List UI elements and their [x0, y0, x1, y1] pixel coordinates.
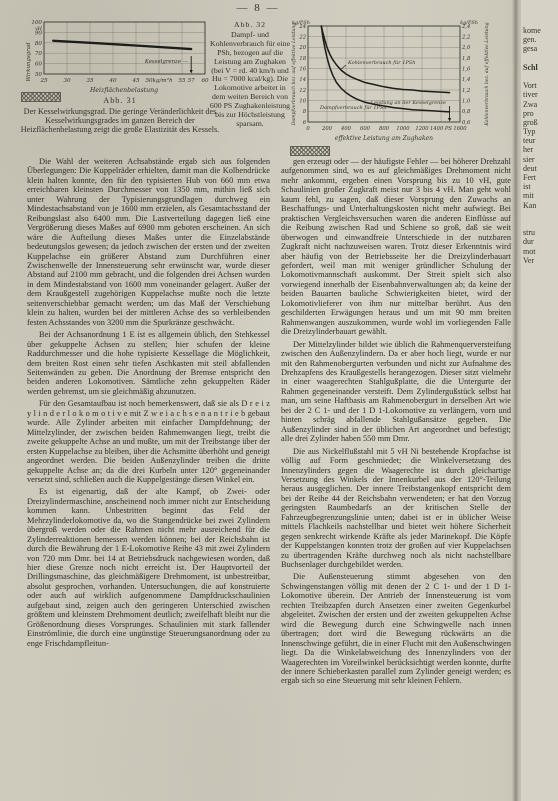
- paragraph: Der Mittelzylinder bildet wie üblich die…: [281, 340, 511, 444]
- svg-text:35: 35: [86, 78, 94, 84]
- fig31-caption: Abb. 31 Der Kesselwirkungsgrad. Die geri…: [20, 96, 220, 134]
- svg-text:70: 70: [35, 51, 43, 57]
- svg-text:Leistung an der Kesselgrenze: Leistung an der Kesselgrenze: [370, 100, 446, 106]
- next-page-fragment: Typ: [523, 127, 541, 136]
- svg-text:0,6: 0,6: [462, 120, 471, 126]
- paragraph: Die Außensteuerung stimmt abgesehen von …: [281, 572, 511, 685]
- svg-text:400: 400: [340, 126, 352, 132]
- body-column-right: gen erzeugt oder — der häufigste Fehler …: [281, 157, 511, 762]
- next-page-fragment: Ver: [523, 256, 541, 265]
- svg-text:40: 40: [108, 78, 117, 84]
- svg-text:12: 12: [299, 88, 306, 94]
- svg-text:Wirkungsgrad: Wirkungsgrad: [26, 42, 32, 81]
- fig32-caption-text: Dampf- und Kohlenverbrauch für eine PSh,…: [209, 31, 291, 129]
- next-page-fragment: [523, 210, 541, 219]
- svg-text:20: 20: [298, 45, 306, 51]
- svg-text:1,0: 1,0: [462, 98, 471, 104]
- next-page-fragment: teur: [523, 136, 541, 145]
- next-page-text-fragments: komegen.gesaSchlVorttiverZwaprogroßTypte…: [523, 26, 541, 265]
- svg-text:8: 8: [303, 109, 307, 115]
- svg-text:1000: 1000: [396, 126, 410, 132]
- svg-text:Heizflächenbelastung: Heizflächenbelastung: [89, 87, 158, 94]
- body-column-left: Die Wahl der weiteren Achsabstände ergab…: [27, 157, 270, 762]
- svg-text:6: 6: [303, 120, 307, 126]
- svg-text:10: 10: [299, 98, 306, 104]
- next-page-fragment: deut: [523, 164, 541, 173]
- next-page-fragment: mit: [523, 191, 541, 200]
- fig31-caption-title: Abb. 31: [20, 96, 220, 105]
- next-page-fragment: Fert: [523, 173, 541, 182]
- svg-text:1400 PS: 1400 PS: [430, 126, 452, 132]
- svg-text:60: 60: [201, 78, 209, 84]
- next-page-fragment: gen.: [523, 35, 541, 44]
- dampf-kohlenverbrauch-chart: 2422201816141210862,42,22,01,81,61,41,21…: [290, 18, 492, 160]
- svg-text:100: 100: [31, 20, 42, 26]
- next-page-fragment: groß: [523, 118, 541, 127]
- svg-text:0: 0: [306, 126, 310, 132]
- page-number: — 8 —: [0, 2, 516, 14]
- kesselwirkungsgrad-chart: 1009080706050vH253035404550kg/m²h555760H…: [24, 16, 212, 96]
- paragraph: Die Wahl der weiteren Achsabstände ergab…: [27, 157, 270, 327]
- svg-text:30: 30: [63, 78, 71, 84]
- next-page-fragment: gesa: [523, 44, 541, 53]
- archive-stamp-icon: [290, 146, 330, 156]
- paragraph: Für den Gesamtaufbau ist noch bemerkensw…: [27, 399, 270, 484]
- next-page-fragment: tiver: [523, 90, 541, 99]
- fig32-caption-title: Abb. 32: [209, 21, 291, 30]
- svg-text:45: 45: [131, 78, 140, 84]
- svg-text:effektive Leistung am Zughaken: effektive Leistung am Zughaken: [335, 135, 433, 142]
- next-page-fragment: Vort: [523, 81, 541, 90]
- fig32-caption: Abb. 32 Dampf- und Kohlenverbrauch für e…: [209, 21, 291, 129]
- svg-text:2,2: 2,2: [461, 34, 470, 40]
- svg-text:16: 16: [299, 66, 306, 72]
- next-page-fragment: sier: [523, 155, 541, 164]
- svg-text:60: 60: [35, 62, 43, 68]
- fig31-caption-text: Der Kesselwirkungsgrad. Die geringe Verä…: [20, 107, 220, 134]
- svg-text:600: 600: [360, 126, 371, 132]
- svg-text:1,6: 1,6: [462, 66, 471, 72]
- svg-text:50kg/m²h: 50kg/m²h: [145, 77, 173, 84]
- next-page-fragment: her: [523, 145, 541, 154]
- svg-text:200: 200: [321, 126, 333, 132]
- next-page-fragment: [523, 219, 541, 228]
- svg-text:Kohlenverbrauch für 1PSh: Kohlenverbrauch für 1PSh: [347, 60, 415, 66]
- svg-text:25: 25: [39, 78, 48, 84]
- next-page-fragment: stru: [523, 228, 541, 237]
- paragraph: Die aus Nickelflußstahl mit 5 vH Ni best…: [281, 447, 511, 570]
- svg-text:kg/PSh: kg/PSh: [460, 20, 478, 26]
- svg-text:18: 18: [299, 56, 306, 62]
- svg-text:1,8: 1,8: [462, 56, 471, 62]
- next-page-fragment: Zwa: [523, 100, 541, 109]
- svg-text:1,2: 1,2: [462, 88, 470, 94]
- next-page-fragment: [523, 72, 541, 81]
- next-page-fragment: kome: [523, 26, 541, 35]
- next-page-fragment: ist: [523, 182, 541, 191]
- svg-text:22: 22: [298, 34, 306, 40]
- svg-text:0,8: 0,8: [462, 109, 471, 115]
- svg-text:1200: 1200: [415, 126, 429, 132]
- paragraph: gen erzeugt oder — der häufigste Fehler …: [281, 157, 511, 337]
- svg-text:14: 14: [299, 77, 306, 83]
- paragraph: Bei der Achsanordnung 1 E ist es allgeme…: [27, 330, 270, 396]
- consumption-figure: 2422201816141210862,42,22,01,81,61,41,21…: [290, 18, 492, 165]
- svg-text:vH: vH: [35, 26, 43, 32]
- scanned-book-page: — 8 — 1009080706050vH253035404550kg/m²h5…: [0, 0, 558, 801]
- svg-text:800: 800: [379, 126, 390, 132]
- svg-text:2,0: 2,0: [461, 45, 471, 51]
- svg-text:Kesselgrenze —: Kesselgrenze —: [144, 59, 189, 65]
- next-page-edge: komegen.gesaSchlVorttiverZwaprogroßTypte…: [521, 0, 558, 801]
- next-page-fragment: Kan: [523, 201, 541, 210]
- next-page-fragment: pro: [523, 109, 541, 118]
- boiler-efficiency-figure: 1009080706050vH253035404550kg/m²h555760H…: [24, 16, 212, 101]
- paragraph: Es ist eigenartig, daß der alte Kampf, o…: [27, 487, 270, 648]
- next-page-fragment: [523, 54, 541, 63]
- next-page-fragment: mot: [523, 247, 541, 256]
- svg-text:Kohlenverbrauch bez. auf effek: Kohlenverbrauch bez. auf effektive Leist…: [484, 22, 490, 126]
- svg-text:80: 80: [35, 41, 43, 47]
- svg-text:1,4: 1,4: [462, 77, 470, 83]
- svg-text:Dampfverbrauch bez. auf effekt: Dampfverbrauch bez. auf effektive Leistu…: [291, 23, 297, 127]
- page-fold-crease: [512, 0, 521, 801]
- next-page-fragment: dur: [523, 237, 541, 246]
- next-page-fragment: Schl: [523, 63, 541, 72]
- svg-text:1600: 1600: [453, 126, 467, 132]
- svg-text:57: 57: [188, 78, 196, 84]
- svg-text:55: 55: [178, 78, 186, 84]
